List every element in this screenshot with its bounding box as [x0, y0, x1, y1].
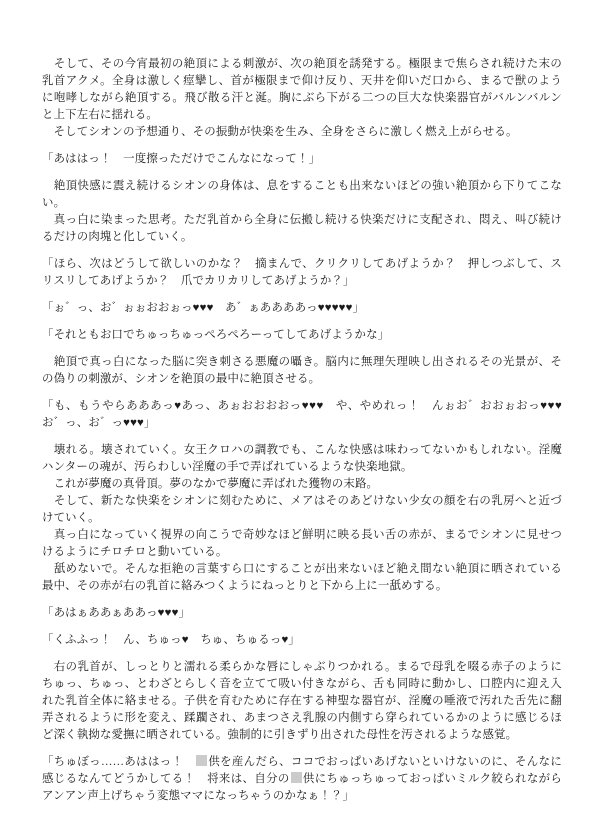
text-run: 「ほら、次はどうして欲しいのかな？ 摘まんで、クリクリしてあげようか？ 押しつぶ… [42, 258, 562, 287]
paragraph: 舐めないで。そんな拒絶の言葉すら口にすることが出来ないほど絶え間ない絶頂に晒され… [42, 561, 562, 595]
paragraph: 絶頂快感に震え続けるシオンの身体は、息をすることも出来ないほどの強い絶頂から下り… [42, 178, 562, 212]
text-run: 「くふふっ！ ん、ちゅっ♥ ちゅ、ちゅるっ♥」 [42, 634, 300, 646]
document-page: そして、その今宵最初の絶頂による刺激が、次の絶頂を誘発する。極限まで焦らされ続け… [0, 0, 590, 834]
paragraph: 「それともお口でちゅっちゅっぺろぺろーってしてあげようかな」 [42, 327, 562, 344]
paragraph: そして、新たな快楽をシオンに刻むために、メアはそのあどけない少女の顔を右の乳房へ… [42, 493, 562, 527]
text-run: これが夢魔の真骨頂。夢のなかで夢魔に弄ばれた獲物の末路。 [42, 478, 378, 490]
text-run: そしてシオンの予想通り、その振動が快楽を生み、全身をさらに激しく燃え上がらせる。 [42, 126, 518, 138]
text-run: 絶頂快感に震え続けるシオンの身体は、息をすることも出来ないほどの強い絶頂から下り… [42, 180, 562, 209]
text-run: そして、新たな快楽をシオンに刻むために、メアはそのあどけない少女の顔を右の乳房へ… [42, 495, 562, 524]
text-run: 舐めないで。そんな拒絶の言葉すら口にすることが出来ないほど絶え間ない絶頂に晒され… [42, 563, 562, 592]
document-body: そして、その今宵最初の絶頂による刺激が、次の絶頂を誘発する。極限まで焦らされ続け… [42, 56, 562, 805]
paragraph: 絶頂で真っ白になった脳に突き刺さる悪魔の囁き。脳内に無理矢理映し出されるその光景… [42, 354, 562, 388]
text-run: 「も、もうやらあああっ♥あっ、あぉおおおおっ♥♥♥ や、やめれっ！ んぉお゛おお… [42, 400, 574, 429]
paragraph: そしてシオンの予想通り、その振動が快楽を生み、全身をさらに激しく燃え上がらせる。 [42, 124, 562, 141]
text-run: 真っ白になっていく視界の向こうで奇妙なほど鮮明に映る長い舌の赤が、まるでシオンに… [42, 529, 562, 558]
text-run: 壊れる。壊されていく。女王クロハの調教でも、こんな快感は味わってないかもしれない… [42, 444, 562, 473]
paragraph: 「ほら、次はどうして欲しいのかな？ 摘まんで、クリクリしてあげようか？ 押しつぶ… [42, 256, 562, 290]
paragraph: 「ぉ゛っ、お゛ぉぉおおぉっ♥♥♥ あ゛ぁああああっ♥♥♥♥♥」 [42, 300, 562, 317]
paragraph: 壊れる。壊されていく。女王クロハの調教でも、こんな快感は味わってないかもしれない… [42, 442, 562, 476]
text-run: 絶頂で真っ白になった脳に突き刺さる悪魔の囁き。脳内に無理矢理映し出されるその光景… [42, 356, 562, 385]
paragraph: 「も、もうやらあああっ♥あっ、あぉおおおおっ♥♥♥ や、やめれっ！ んぉお゛おお… [42, 398, 562, 432]
paragraph: これが夢魔の真骨頂。夢のなかで夢魔に弄ばれた獲物の末路。 [42, 476, 562, 493]
text-run: 「それともお口でちゅっちゅっぺろぺろーってしてあげようかな」 [42, 329, 389, 341]
paragraph: 真っ白に染まった思考。ただ乳首から全身に伝搬し続ける快楽だけに支配され、悶え、叫… [42, 212, 562, 246]
paragraph: 「あはぁああぁああっ♥♥♥」 [42, 605, 562, 622]
paragraph: 右の乳首が、しっとりと濡れる柔らかな唇にしゃぶりつかれる。まるで母乳を啜る赤子の… [42, 659, 562, 744]
text-run: 「あははっ！ 一度擦っただけでこんなになって！」 [42, 153, 320, 165]
paragraph: そして、その今宵最初の絶頂による刺激が、次の絶頂を誘発する。極限まで焦らされ続け… [42, 56, 562, 124]
censored-text-box [291, 772, 302, 783]
text-run: そして、その今宵最初の絶頂による刺激が、次の絶頂を誘発する。極限まで焦らされ続け… [42, 58, 562, 121]
text-run: 「ぉ゛っ、お゛ぉぉおおぉっ♥♥♥ あ゛ぁああああっ♥♥♥♥♥」 [42, 302, 364, 314]
text-run: 右の乳首が、しっとりと濡れる柔らかな唇にしゃぶりつかれる。まるで母乳を啜る赤子の… [42, 661, 562, 741]
text-run: 「ちゅぼっ……あははっ！ [42, 756, 195, 768]
paragraph: 「あははっ！ 一度擦っただけでこんなになって！」 [42, 151, 562, 168]
censored-text-box [196, 755, 207, 766]
text-run: 真っ白に染まった思考。ただ乳首から全身に伝搬し続ける快楽だけに支配され、悶え、叫… [42, 214, 562, 243]
paragraph: 真っ白になっていく視界の向こうで奇妙なほど鮮明に映る長い舌の赤が、まるでシオンに… [42, 527, 562, 561]
paragraph: 「ちゅぼっ……あははっ！ 供を産んだら、ココでおっぱいあげないといけないのに、そ… [42, 754, 562, 805]
paragraph: 「くふふっ！ ん、ちゅっ♥ ちゅ、ちゅるっ♥」 [42, 632, 562, 649]
text-run: 「あはぁああぁああっ♥♥♥」 [42, 607, 190, 619]
